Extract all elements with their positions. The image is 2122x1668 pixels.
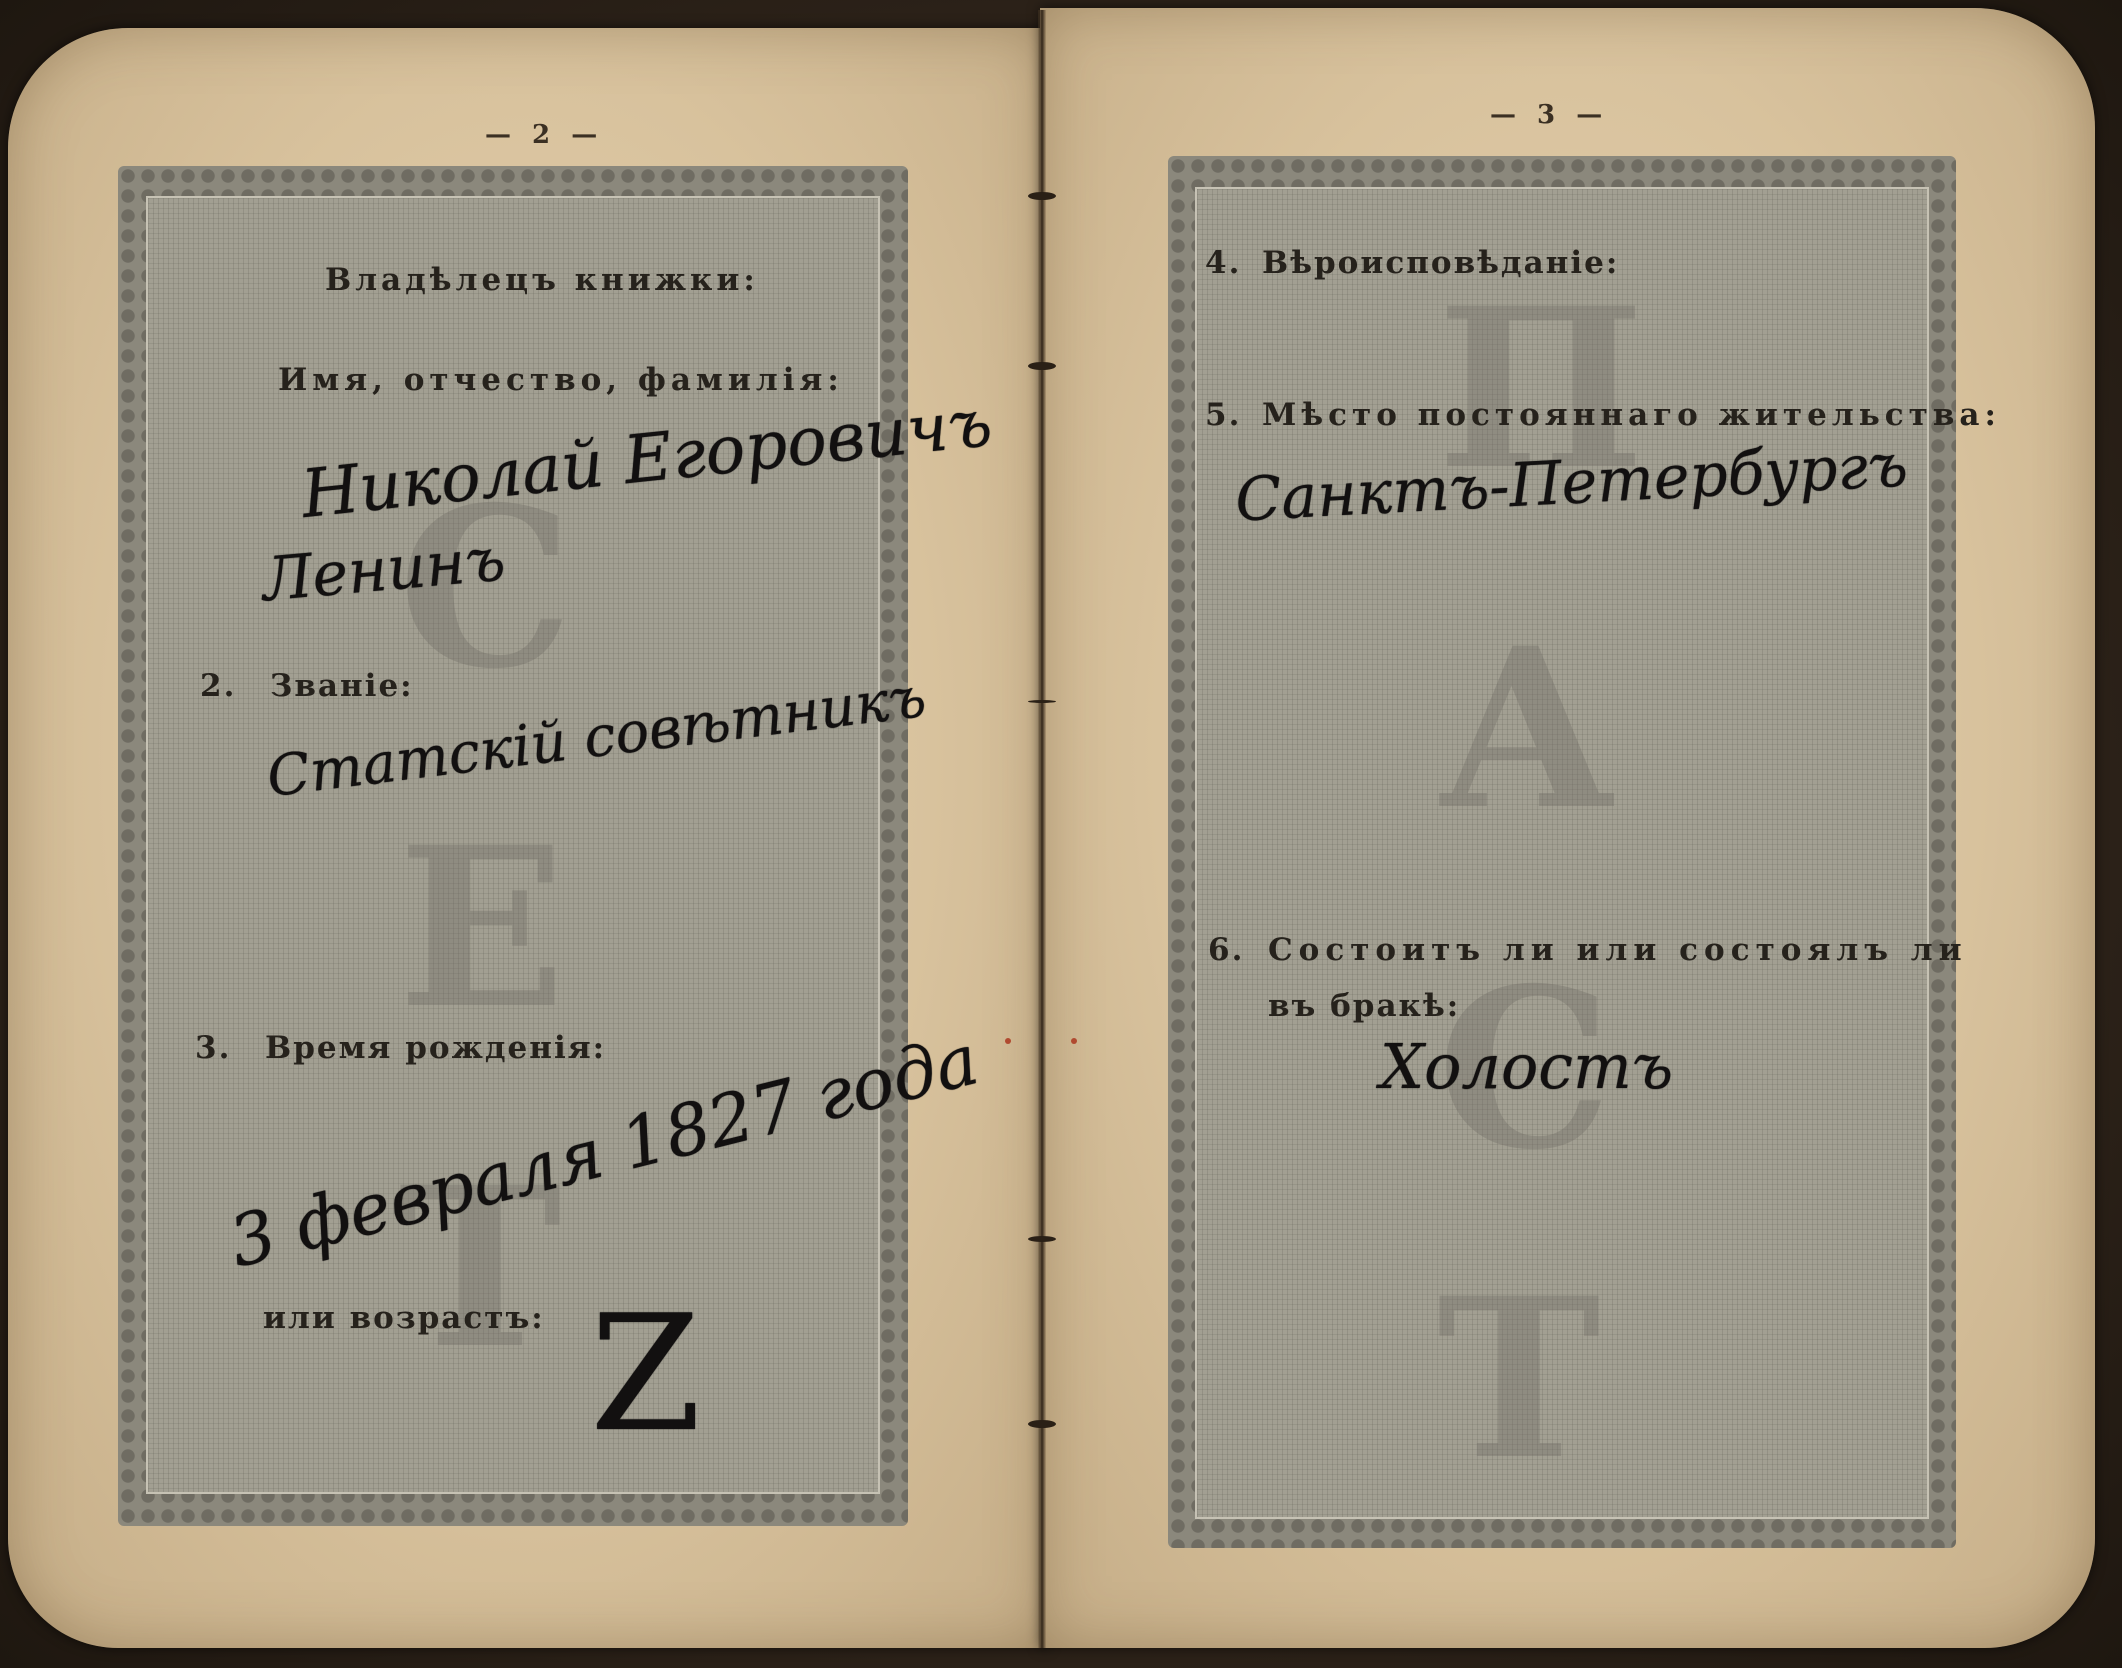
page-number-right: — 3 — <box>1490 100 1608 130</box>
spine-stitch <box>1028 1236 1056 1242</box>
birth-number: 3. <box>195 1030 231 1066</box>
spine-stitch <box>1028 362 1056 370</box>
watermark: Т <box>1437 1269 1601 1489</box>
owner-heading: Владѣлецъ книжки: <box>325 262 759 298</box>
religion-label: Вѣроисповѣданіе: <box>1262 245 1619 281</box>
residence-label: Мѣсто постояннаго жительства: <box>1262 397 2001 433</box>
spine-stitch <box>1028 700 1056 703</box>
age-label: или возрастъ: <box>263 1300 545 1336</box>
religion-number: 4. <box>1205 245 1241 281</box>
rank-label: Званіе: <box>270 668 414 704</box>
age-value-strikethrough: Z <box>590 1280 701 1467</box>
book-spine <box>1038 10 1046 1648</box>
name-label: Имя, отчество, фамилія: <box>278 362 844 398</box>
marriage-label-line1: Состоитъ ли или состоялъ ли <box>1268 932 1968 968</box>
spine-stitch <box>1028 192 1056 200</box>
marriage-label-line2: въ бракѣ: <box>1268 988 1460 1024</box>
watermark: А <box>1437 619 1616 839</box>
marriage-value: Холостъ <box>1380 1030 1673 1103</box>
page-number-left: — 2 — <box>485 120 603 150</box>
residence-number: 5. <box>1205 397 1241 433</box>
watermark: Е <box>398 818 566 1038</box>
red-mark <box>1071 1038 1077 1044</box>
birth-label: Время рожденія: <box>265 1030 606 1066</box>
red-mark <box>1005 1038 1011 1044</box>
marriage-number: 6. <box>1208 932 1244 968</box>
spine-stitch <box>1028 1420 1056 1428</box>
form-panel-right: П А С Т <box>1195 187 1929 1519</box>
rank-number: 2. <box>200 668 236 704</box>
